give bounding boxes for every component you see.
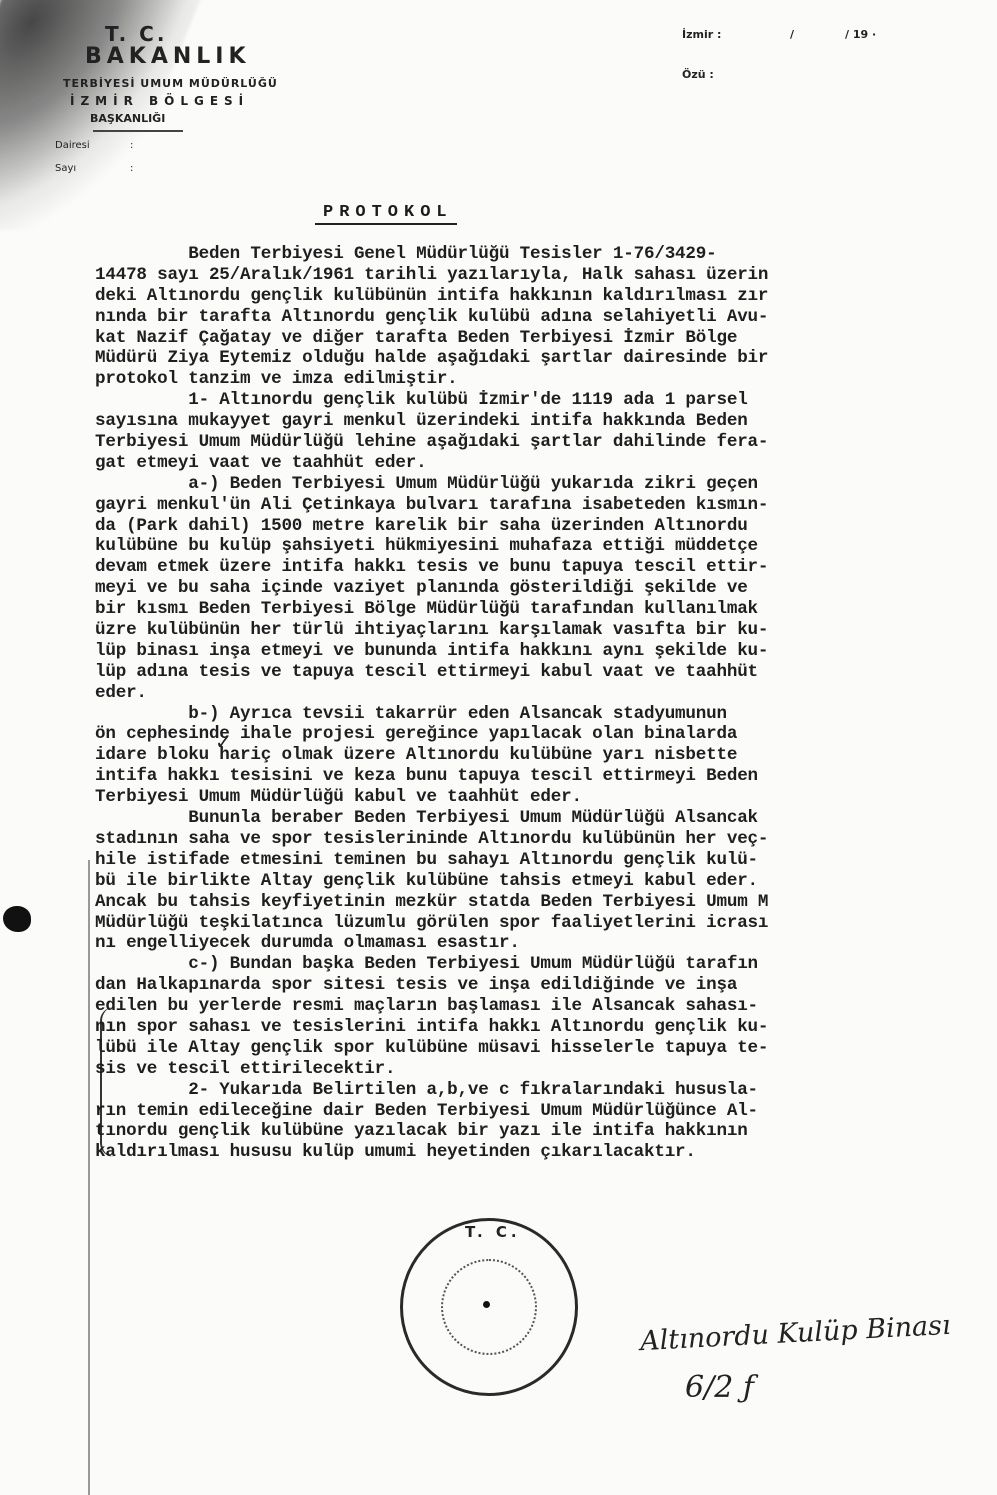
field-colon: : (130, 163, 133, 174)
text-line: devam etmek üzere intifa hakkı tesis ve … (95, 557, 975, 578)
text-line: da (Park dahil) 1500 metre karelik bir s… (95, 516, 975, 537)
text-line: deki Altınordu gençlik kulübünün intifa … (95, 286, 975, 307)
letterhead-directorate: TERBİYESİ UMUM MÜDÜRLÜĞÜ (63, 77, 278, 90)
text-line: 1- Altınordu gençlik kulübü İzmir'de 111… (95, 390, 975, 411)
date-place-label: İzmir : (682, 28, 721, 41)
text-line: Beden Terbiyesi Genel Müdürlüğü Tesisler… (95, 244, 975, 265)
date-year-placeholder: / 19 · (845, 28, 876, 41)
text-line: meyi ve bu saha içinde vaziyet planında … (95, 578, 975, 599)
letterhead-country: T. C. (105, 22, 167, 46)
official-seal: T. C. (400, 1218, 578, 1396)
text-line: intifa hakkı tesisini ve keza bunu tapuy… (95, 766, 975, 787)
seal-inner-ring (441, 1259, 537, 1355)
document-title: PROTOKOL (315, 203, 457, 225)
handwritten-note: Altınordu Kulüp Binası (639, 1310, 951, 1357)
field-label: Sayı (55, 163, 76, 174)
text-line: nı engelliyecek durumda olmaması esastır… (95, 933, 975, 954)
letterhead-presidency: BAŞKANLIĞI (90, 112, 165, 125)
letterhead-region: İZMİR BÖLGESİ (70, 94, 249, 108)
text-line: Müdürlüğü teşkilatınca lüzumlu görülen s… (95, 913, 975, 934)
text-line: Müdürü Ziya Eytemiz olduğu halde aşağıda… (95, 348, 975, 369)
text-line: a-) Beden Terbiyesi Umum Müdürlüğü yukar… (95, 474, 975, 495)
text-line: sayısına mukayyet gayri menkul üzerindek… (95, 411, 975, 432)
subject-label: Özü : (682, 68, 714, 81)
text-line: idare bloku hariç olmak üzere Altınordu … (95, 745, 975, 766)
text-line: Ancak bu tahsis keyfiyetinin mezkür stat… (95, 892, 975, 913)
text-line: 14478 sayı 25/Aralık/1961 tarihli yazıla… (95, 265, 975, 286)
text-line: stadının saha ve spor tesislerininde Alt… (95, 829, 975, 850)
text-line: kulübüne bu kulüp şahsiyeti hükmiyesini … (95, 536, 975, 557)
text-line: rın temin edileceğine dair Beden Terbiye… (95, 1101, 975, 1122)
text-line: tınordu gençlik kulübüne yazılacak bir y… (95, 1121, 975, 1142)
text-line: c-) Bundan başka Beden Terbiyesi Umum Mü… (95, 954, 975, 975)
text-line: lübü ile Altay gençlik spor kulübüne müs… (95, 1038, 975, 1059)
text-line: lüp adına tesis ve tapuya tescil ettirme… (95, 662, 975, 683)
field-dairesi: Dairesi : (55, 140, 90, 151)
text-line: kaldırılması hususu kulüp umumi heyetind… (95, 1142, 975, 1163)
punch-hole-mark (3, 906, 31, 932)
text-line: dan Halkapınarda spor sitesi tesis ve in… (95, 975, 975, 996)
handwritten-reference: 6/2 ƒ (685, 1370, 754, 1405)
scan-edge-line (88, 860, 90, 1495)
text-line: bü ile birlikte Altay gençlik kulübüne t… (95, 871, 975, 892)
text-line: gayri menkul'ün Ali Çetinkaya bulvarı ta… (95, 495, 975, 516)
text-line: protokol tanzim ve imza edilmiştir. (95, 369, 975, 390)
text-line: b-) Ayrıca tevsii takarrür eden Alsancak… (95, 704, 975, 725)
text-line: Terbiyesi Umum Müdürlüğü kabul ve taahhü… (95, 787, 975, 808)
text-line: eder. (95, 683, 975, 704)
text-line: üzre kulübünün her türlü ihtiyaçlarını k… (95, 620, 975, 641)
text-line: Bununla beraber Beden Terbiyesi Umum Müd… (95, 808, 975, 829)
field-label: Dairesi (55, 140, 90, 151)
text-line: ön cephesinde ihale projesi gereğince ya… (95, 724, 975, 745)
protocol-body: Beden Terbiyesi Genel Müdürlüğü Tesisler… (95, 244, 975, 1163)
field-sayi: Sayı : (55, 163, 76, 174)
letterhead-ministry: BAKANLIK (85, 44, 251, 69)
letterhead-rule (93, 130, 183, 132)
text-line: edilen bu yerlerde resmi maçların başlam… (95, 996, 975, 1017)
text-line: nında bir tarafta Altınordu gençlik kulü… (95, 307, 975, 328)
text-line: gat etmeyi vaat ve taahhüt eder. (95, 453, 975, 474)
text-line: lüp binası inşa etmeyi ve bununda intifa… (95, 641, 975, 662)
text-line: hile istifade etmesini teminen bu sahayı… (95, 850, 975, 871)
text-line: 2- Yukarıda Belirtilen a,b,ve c fıkralar… (95, 1080, 975, 1101)
text-line: sis ve tescil ettirilecektir. (95, 1059, 975, 1080)
text-line: bir kısmı Beden Terbiyesi Bölge Müdürlüğ… (95, 599, 975, 620)
seal-center-dot (483, 1301, 490, 1308)
date-separator: / (790, 28, 794, 41)
seal-text: T. C. (465, 1223, 521, 1241)
text-line: nın spor sahası ve tesislerini intifa ha… (95, 1017, 975, 1038)
text-line: kat Nazif Çağatay ve diğer tarafta Beden… (95, 328, 975, 349)
text-line: Terbiyesi Umum Müdürlüğü lehine aşağıdak… (95, 432, 975, 453)
field-colon: : (130, 140, 133, 151)
